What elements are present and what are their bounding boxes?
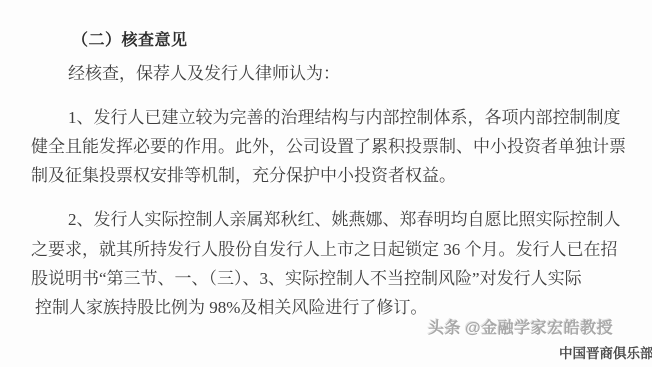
paragraph-1-line-1: 1、发行人已建立较为完善的治理结构与内部控制体系，各项内部控制制度 (68, 108, 621, 128)
paragraph-2-line-4: 控制人家族持股比例为 98%及相关风险进行了修订。 (35, 298, 427, 318)
paragraph-2-line-1: 2、发行人实际控制人亲属郑秋红、姚燕娜、郑春明均自愿比照实际控制人 (68, 210, 621, 230)
toutiao-logo-text: 头条 (428, 320, 461, 337)
paragraph-1-line-3: 制及征集投票权安排等机制，充分保护中小投资者权益。 (31, 166, 456, 186)
document-page: （二）核查意见 经核查，保荐人及发行人律师认为： 1、发行人已建立较为完善的治理… (0, 0, 652, 367)
club-watermark: 中国晋商俱乐部 (559, 342, 652, 362)
paragraph-2-line-2: 之要求，就其所持发行人股份自发行人上市之日起锁定 36 个月。发行人已在招 (31, 240, 618, 260)
paragraph-2-line-3: 股说明书“第三节、一、（三）、3、实际控制人不当控制风险”对发行人实际 (31, 269, 582, 289)
toutiao-watermark: 头条@金融学家宏皓教授 (428, 315, 613, 338)
watermark-author-handle: @金融学家宏皓教授 (465, 320, 613, 337)
intro-line: 经核查，保荐人及发行人律师认为： (68, 64, 340, 84)
section-heading: （二）核查意见 (72, 27, 188, 50)
paragraph-1-line-2: 健全且能发挥必要的作用。此外，公司设置了累积投票制、中小投资者单独计票 (31, 137, 626, 157)
